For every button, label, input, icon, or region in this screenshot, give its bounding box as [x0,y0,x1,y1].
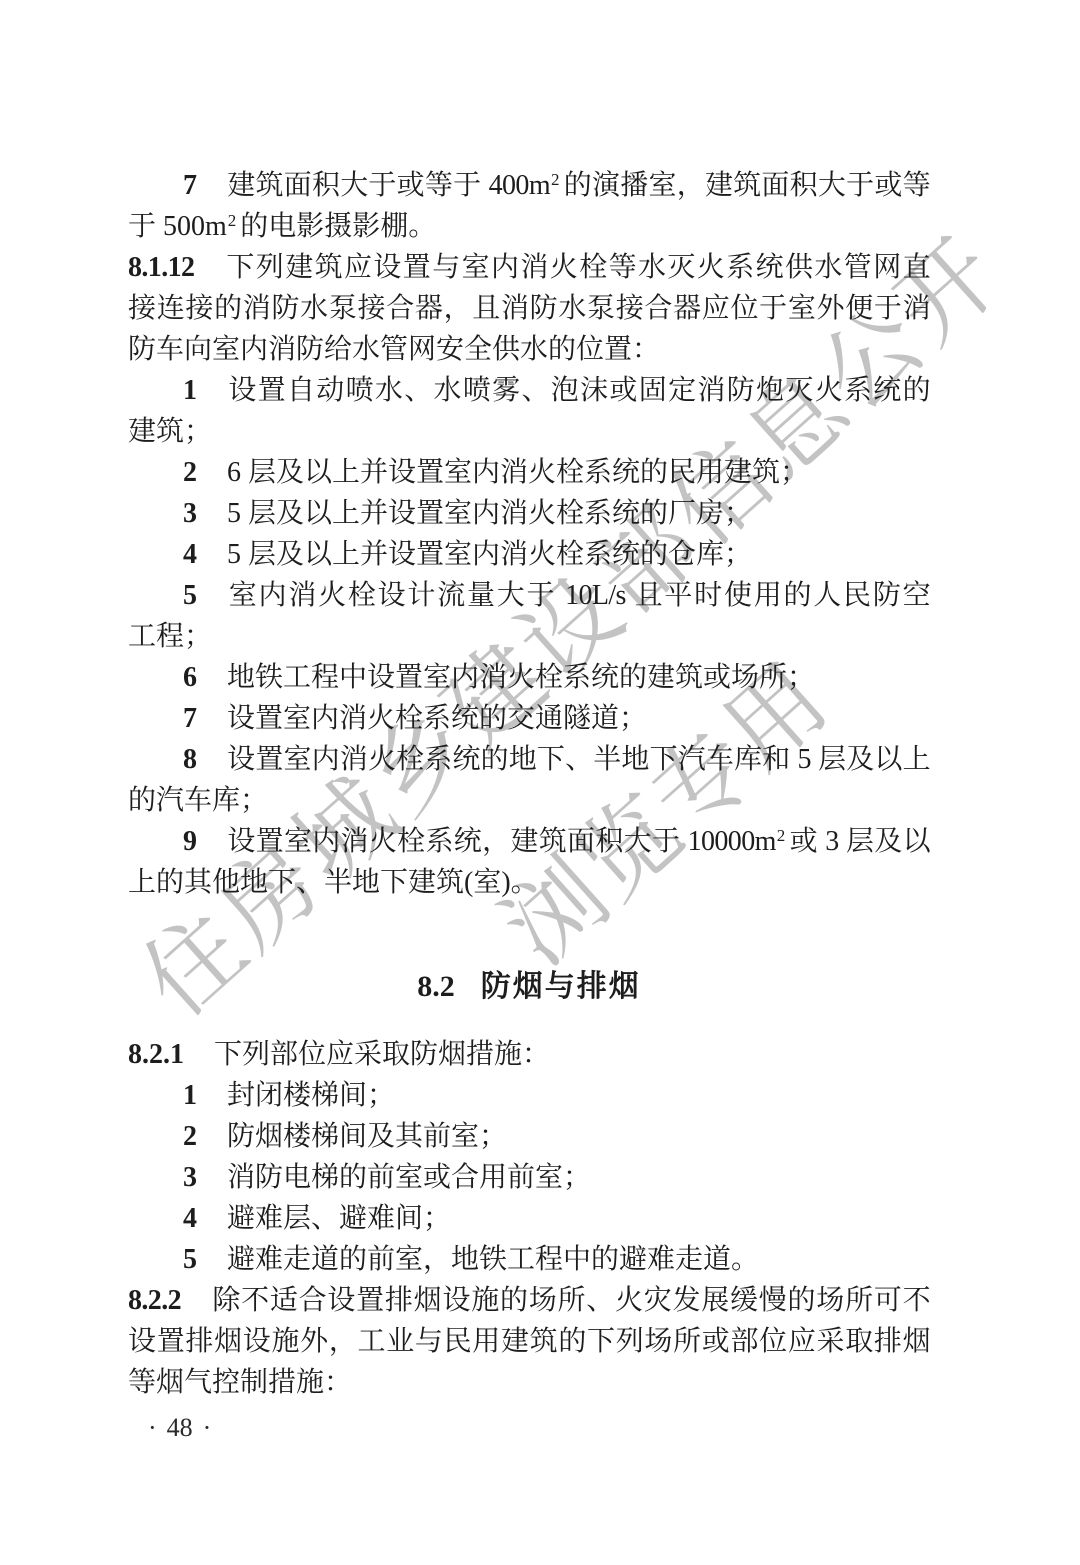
doc-line: 5避难走道的前室，地铁工程中的避难走道。 [128,1239,930,1280]
doc-line: 等烟气控制措施： [128,1362,930,1403]
doc-line: 8设置室内消火栓系统的地下、半地下汽车库和 5 层及以上 [128,739,930,780]
line-number: 5 [183,580,196,611]
line-number: 9 [183,826,196,857]
doc-line: 接连接的消防水泵接合器，且消防水泵接合器应位于室外便于消 [128,288,930,329]
doc-line: 设置排烟设施外，工业与民用建筑的下列场所或部位应采取排烟 [128,1321,930,1362]
doc-line: 4避难层、避难间； [128,1198,930,1239]
line-number: 5 [183,1244,197,1275]
footer-right-dot: · [203,1413,212,1442]
doc-line: 8.2.1下列部位应采取防烟措施： [128,1034,930,1075]
text-segment: 且平时使用的人民防空 [626,580,930,611]
page-number: 48 [167,1413,193,1442]
document-page: 住房城乡建设部信息公开 浏览专用 7建筑面积大于或等于 400m2的演播室，建筑… [0,0,1080,1565]
section-number: 8.2 [417,970,455,1003]
section-heading: 8.2防烟与排烟 [128,966,930,1007]
text-segment: 的电影摄影棚。 [240,211,436,242]
text-segment: 层及以上并设置室内消火栓系统的民用建筑； [241,457,808,488]
document-body: 7建筑面积大于或等于 400m2的演播室，建筑面积大于或等于 500m2的电影摄… [128,165,930,1403]
doc-line: 6地铁工程中设置室内消火栓系统的建筑或场所； [128,657,930,698]
line-number: 1 [183,375,196,406]
line-number: 7 [183,170,196,201]
doc-line: 于 500m2的电影摄影棚。 [128,206,930,247]
doc-line: 45 层及以上并设置室内消火栓系统的仓库； [128,534,930,575]
doc-line: 2防烟楼梯间及其前室； [128,1116,930,1157]
text-segment: 3 [825,826,838,857]
doc-line: 1封闭楼梯间； [128,1075,930,1116]
line-number: 8 [183,744,196,775]
text-segment: 避难层、避难间； [227,1203,451,1234]
text-segment: 地铁工程中设置室内消火栓系统的建筑或场所； [227,662,815,693]
text-segment: 工程； [128,621,212,652]
text-segment: 或 [789,826,826,857]
text-segment: 设置室内消火栓系统的地下、半地下汽车库和 [226,744,797,775]
text-segment: 设置自动喷水、水喷雾、泡沫或固定消防炮灭火系统的 [226,375,930,406]
line-number: 1 [183,1080,197,1111]
line-number: 3 [183,498,197,529]
text-segment: 除不适合设置排烟设施的场所、火灾发展缓慢的场所可不 [211,1285,930,1316]
text-segment: 层及以上 [811,744,930,775]
text-segment: 设置室内消火栓系统，建筑面积大于 [226,826,687,857]
text-segment: 防车向室内消防给水管网安全供水的位置： [128,334,660,365]
text-segment: 10L/s [565,580,626,611]
line-number: 7 [183,703,197,734]
doc-line: 工程； [128,616,930,657]
line-number: 4 [183,539,197,570]
doc-line: 9设置室内消火栓系统，建筑面积大于 10000m2或 3 层及以 [128,821,930,862]
text-segment: 避难走道的前室，地铁工程中的避难走道。 [227,1244,759,1275]
text-segment: 接连接的消防水泵接合器，且消防水泵接合器应位于室外便于消 [128,293,930,324]
text-segment: 于 [128,211,163,242]
text-segment: 封闭楼梯间； [227,1080,395,1111]
line-number: 3 [183,1162,197,1193]
text-segment: 10000m [688,826,776,857]
doc-line: 防车向室内消防给水管网安全供水的位置： [128,329,930,370]
text-segment: 建筑； [128,416,212,447]
superscript: 2 [228,211,237,230]
text-segment: 6 [227,457,241,488]
text-segment: 室内消火栓设计流量大于 [226,580,565,611]
doc-line: 8.1.12下列建筑应设置与室内消火栓等水灭火系统供水管网直 [128,247,930,288]
doc-line: 7设置室内消火栓系统的交通隧道； [128,698,930,739]
text-segment: 上的其他地下、半地下建筑(室)。 [128,867,539,898]
line-number: 8.1.12 [128,252,194,283]
text-segment: 设置排烟设施外，工业与民用建筑的下列场所或部位应采取排烟 [128,1326,930,1357]
text-segment: 下列建筑应设置与室内消火栓等水灭火系统供水管网直 [224,252,930,283]
superscript: 2 [551,170,559,189]
text-segment: 建筑面积大于或等于 [226,170,488,201]
doc-line: 8.2.2除不适合设置排烟设施的场所、火灾发展缓慢的场所可不 [128,1280,930,1321]
line-number: 6 [183,662,197,693]
doc-line: 3消防电梯的前室或合用前室； [128,1157,930,1198]
doc-line: 1设置自动喷水、水喷雾、泡沫或固定消防炮灭火系统的 [128,370,930,411]
line-number: 4 [183,1203,197,1234]
doc-line: 7建筑面积大于或等于 400m2的演播室，建筑面积大于或等 [128,165,930,206]
superscript: 2 [777,826,785,845]
doc-line: 上的其他地下、半地下建筑(室)。 [128,862,930,903]
text-segment: 的汽车库； [128,785,268,816]
doc-line: 的汽车库； [128,780,930,821]
text-segment: 的演播室，建筑面积大于或等 [563,170,930,201]
line-number: 2 [183,1121,197,1152]
text-segment: 设置室内消火栓系统的交通隧道； [227,703,647,734]
doc-line: 建筑； [128,411,930,452]
text-segment: 400m [489,170,550,201]
line-number: 8.2.1 [128,1039,184,1070]
text-segment: 5 [227,539,241,570]
text-segment: 500m [163,211,227,242]
text-segment: 5 [798,744,811,775]
text-segment: 层及以上并设置室内消火栓系统的仓库； [241,539,752,570]
doc-line: 35 层及以上并设置室内消火栓系统的厂房； [128,493,930,534]
text-segment: 5 [227,498,241,529]
text-segment: 下列部位应采取防烟措施： [214,1039,550,1070]
text-segment: 层及以上并设置室内消火栓系统的厂房； [241,498,752,529]
text-segment: 层及以 [839,826,930,857]
text-segment: 等烟气控制措施： [128,1367,352,1398]
text-segment: 消防电梯的前室或合用前室； [227,1162,591,1193]
page-footer: ·48· [148,1413,211,1443]
footer-left-dot: · [148,1413,157,1442]
line-number: 8.2.2 [128,1285,181,1316]
line-number: 2 [183,457,197,488]
doc-line: 5室内消火栓设计流量大于 10L/s 且平时使用的人民防空 [128,575,930,616]
text-segment: 防烟楼梯间及其前室； [227,1121,507,1152]
section-title: 防烟与排烟 [481,970,641,1003]
doc-line: 26 层及以上并设置室内消火栓系统的民用建筑； [128,452,930,493]
